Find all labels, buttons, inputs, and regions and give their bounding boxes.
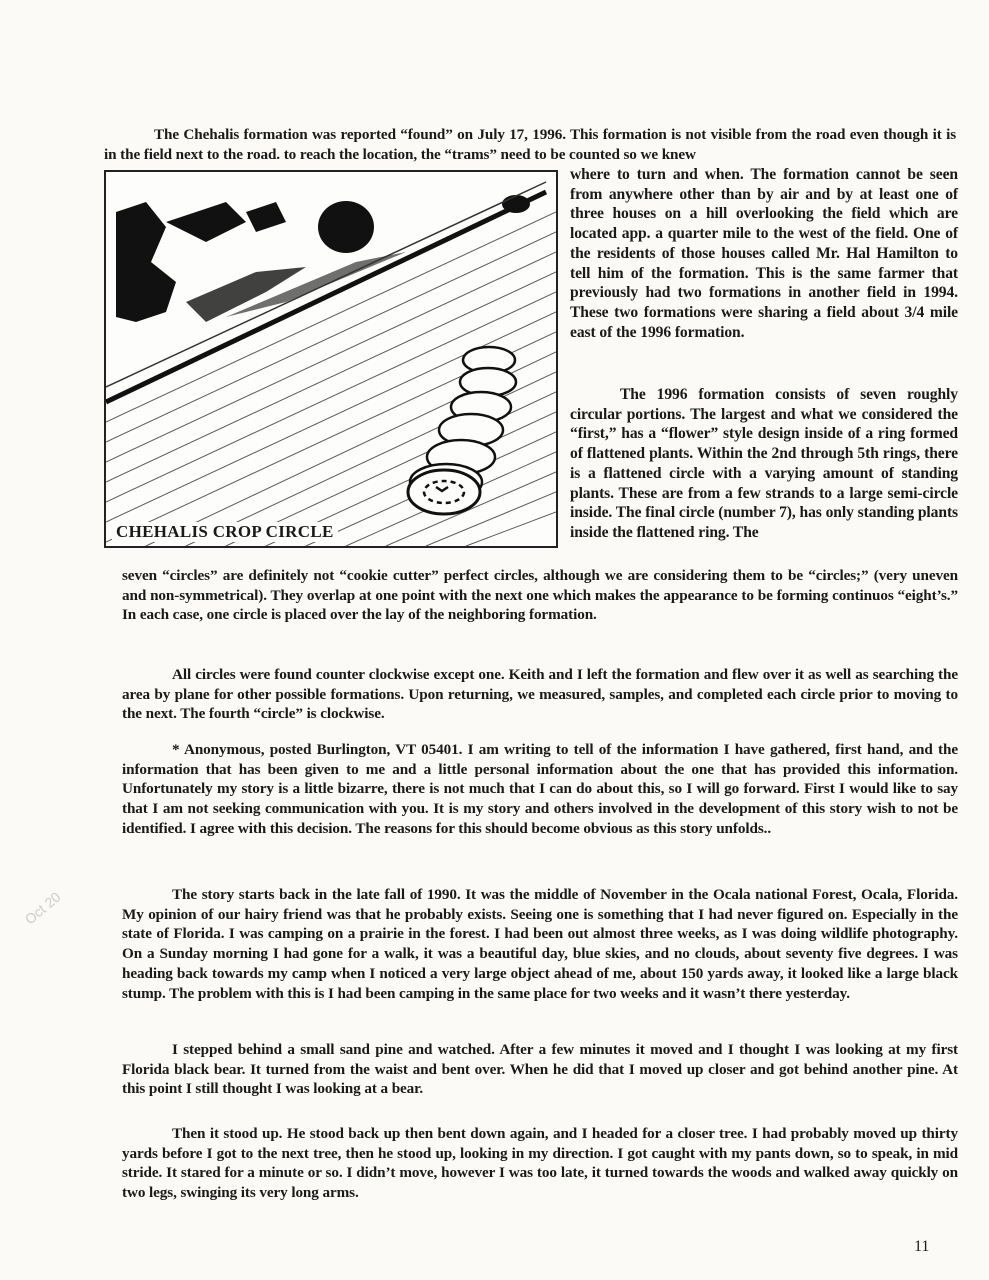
paragraph-sand-pine: I stepped behind a small sand pine and w… [122,1040,958,1099]
paragraph-text: The story starts back in the late fall o… [122,885,958,1003]
paragraph-text: * Anonymous, posted Burlington, VT 05401… [122,740,958,839]
paragraph-chehalis-location: where to turn and when. The formation ca… [570,165,958,342]
paragraph-text: seven “circles” are definitely not “cook… [122,566,958,625]
paragraph-formation-description: The 1996 formation consists of seven rou… [570,385,958,543]
paragraph-text: where to turn and when. The formation ca… [570,165,958,342]
figure-caption: CHEHALIS CROP CIRCLE [112,522,338,542]
pencil-annotation: Oct 20 [22,889,64,928]
paragraph-chehalis-intro: The Chehalis formation was reported “fou… [104,125,956,164]
document-page: The Chehalis formation was reported “fou… [0,0,989,1280]
paragraph-text: I stepped behind a small sand pine and w… [122,1040,958,1099]
paragraph-text: Then it stood up. He stood back up then … [122,1124,958,1203]
paragraph-text: All circles were found counter clockwise… [122,665,958,724]
paragraph-text: The Chehalis formation was reported “fou… [104,125,956,164]
paragraph-circles-shape: seven “circles” are definitely not “cook… [122,566,958,625]
paragraph-stood-up: Then it stood up. He stood back up then … [122,1124,958,1203]
paragraph-text: The 1996 formation consists of seven rou… [570,385,958,543]
paragraph-story-start: The story starts back in the late fall o… [122,885,958,1003]
paragraph-anonymous-letter: * Anonymous, posted Burlington, VT 05401… [122,740,958,839]
crop-circle-photo: CHEHALIS CROP CIRCLE [104,170,558,548]
paragraph-counter-clockwise: All circles were found counter clockwise… [122,665,958,724]
page-number: 11 [914,1238,929,1256]
aerial-photo-illustration [106,172,556,546]
